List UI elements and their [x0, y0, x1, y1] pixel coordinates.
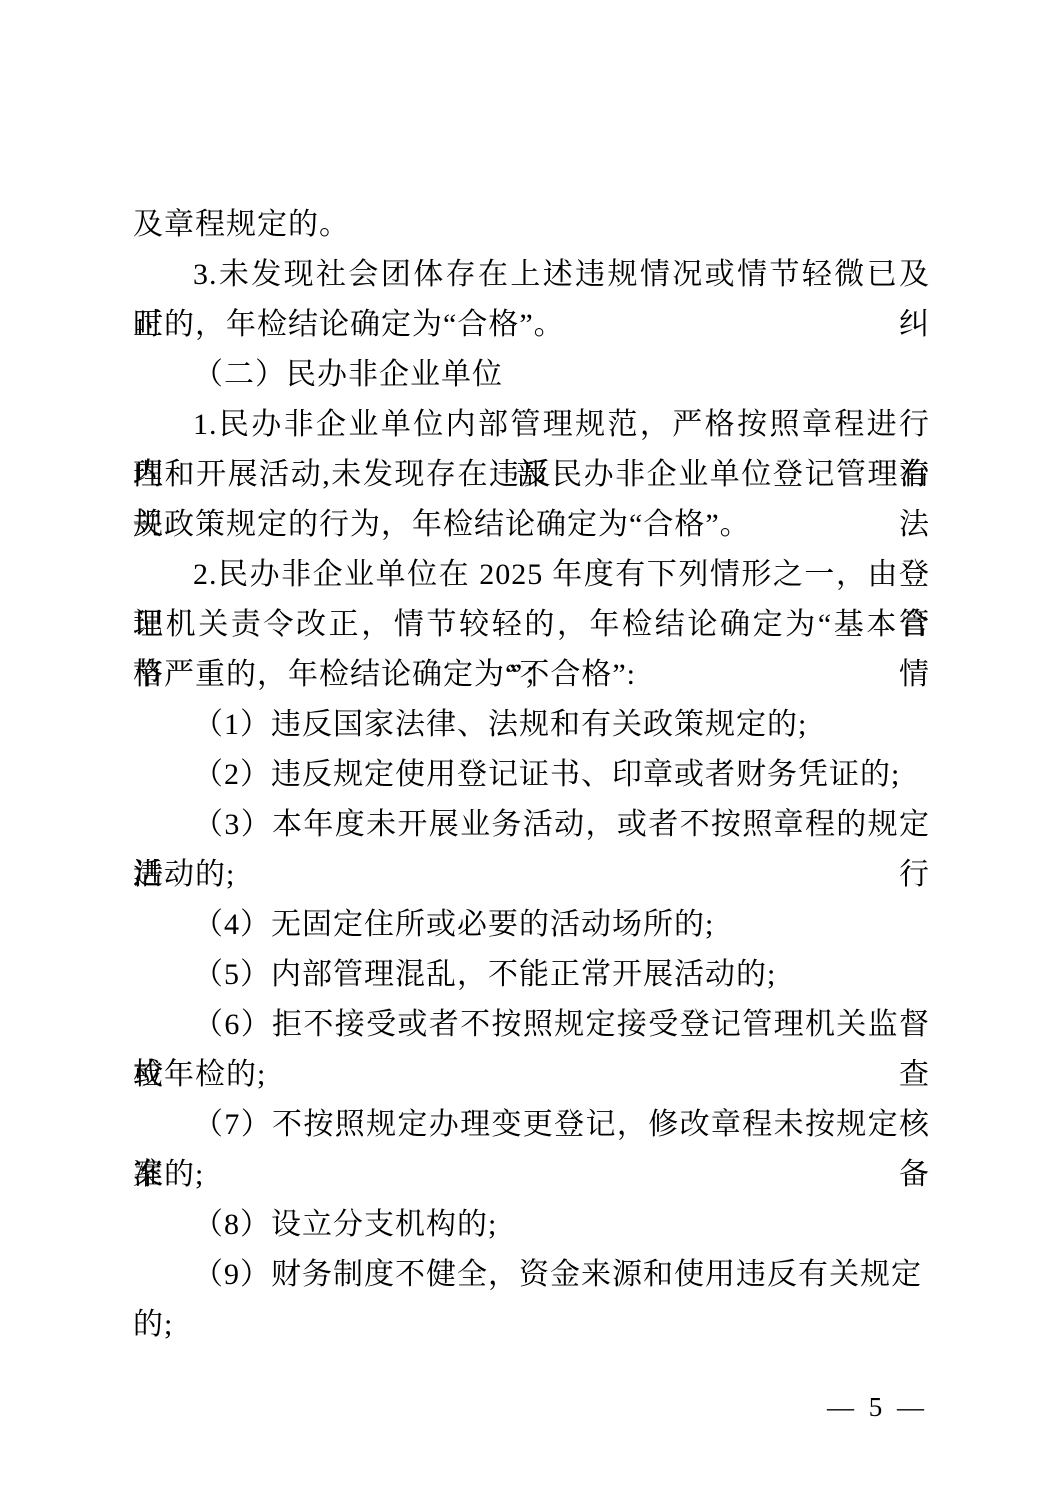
- text-line: 理机关责令改正，情节较轻的，年检结论确定为“基本合格”；情: [133, 600, 930, 650]
- list-item: （6）拒不接受或者不按照规定接受登记管理机关监督检查: [133, 1000, 930, 1050]
- document-page: 及章程规定的。 3.未发现社会团体存在上述违规情况或情节轻微已及时纠 正的，年检…: [0, 0, 1061, 1500]
- list-item: （8）设立分支机构的;: [133, 1200, 930, 1250]
- list-item: （1）违反国家法律、法规和有关政策规定的;: [133, 700, 930, 750]
- list-item: （9）财务制度不健全，资金来源和使用违反有关规定的;: [133, 1250, 930, 1300]
- subsection-heading: （二）民办非企业单位: [133, 350, 930, 400]
- list-item: （7）不按照规定办理变更登记，修改章程未按规定核准备: [133, 1100, 930, 1150]
- list-item: （2）违反规定使用登记证书、印章或者财务凭证的;: [133, 750, 930, 800]
- list-item: （5）内部管理混乱，不能正常开展活动的;: [133, 950, 930, 1000]
- page-number: — 5 —: [827, 1390, 928, 1424]
- text-line: 2.民办非企业单位在 2025 年度有下列情形之一，由登记管: [133, 550, 930, 600]
- list-item: （3）本年度未开展业务活动，或者不按照章程的规定进行: [133, 800, 930, 850]
- text-line: 3.未发现社会团体存在上述违规情况或情节轻微已及时纠: [133, 250, 930, 300]
- list-item: （4）无固定住所或必要的活动场所的;: [133, 900, 930, 950]
- document-body: 及章程规定的。 3.未发现社会团体存在上述违规情况或情节轻微已及时纠 正的，年检…: [133, 200, 930, 1300]
- text-line: 1.民办非企业单位内部管理规范，严格按照章程进行内部治: [133, 400, 930, 450]
- text-line: 理和开展活动,未发现存在违反民办非企业单位登记管理有关法: [133, 450, 930, 500]
- text-line: 及章程规定的。: [133, 200, 930, 250]
